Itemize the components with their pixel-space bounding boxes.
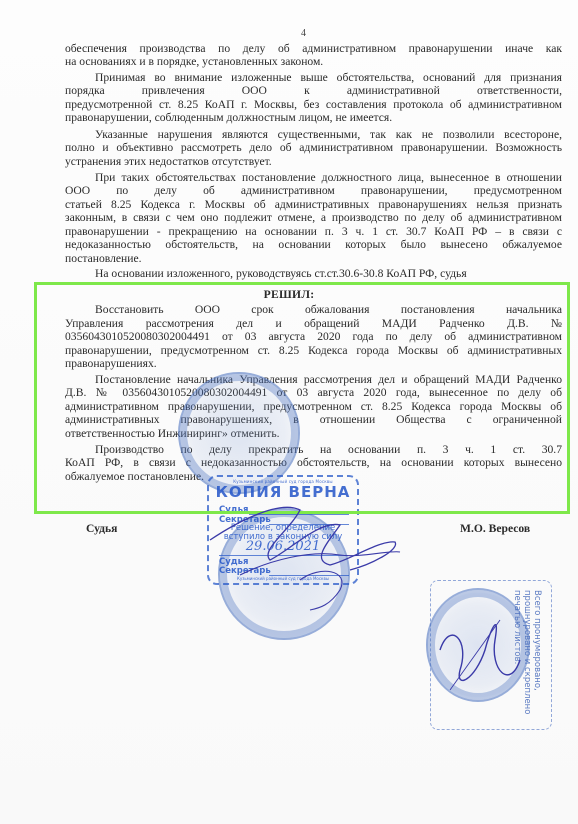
text-line: полно и объективно рассмотреть дело об а… (65, 141, 562, 154)
stamp-title: КОПИЯ ВЕРНА (209, 483, 357, 501)
stamp-secretary-label-2: Секретарь (219, 566, 271, 576)
text-line: на основаниях и в порядке, установленных… (65, 55, 562, 68)
text-line: правонарушении - прекращению на основани… (65, 225, 562, 238)
text-line: устранения этих недостатков отсутствует. (65, 155, 562, 168)
text-line: порядка привлечения ООО к административн… (65, 84, 562, 97)
decision-line: административном правонарушении, предусм… (65, 400, 562, 413)
decision-line: Д.В. № 0356043010520080302004491 от 03 а… (65, 386, 562, 399)
page-number: 4 (301, 28, 306, 39)
decision-line: 0356043010520080302004491 от 03 августа … (65, 330, 562, 343)
text-line: недоказанностью обстоятельств, на основа… (65, 238, 562, 251)
text-line: При таких обстоятельствах постановление … (95, 171, 562, 184)
decision-line: Восстановить ООО срок обжалования постан… (95, 303, 562, 316)
text-line: ООО по делу об административном правонар… (65, 184, 562, 197)
text-line: постановление. (65, 252, 562, 265)
decision-line: правонарушениях. (65, 357, 562, 370)
binding-stamp: Всего пронумеровано, прошнуровано и скре… (430, 580, 552, 730)
decision-line: Управления рассмотрения дел и обращений … (65, 317, 562, 330)
decision-line: Производство по делу прекратить на основ… (95, 443, 562, 456)
stamp-date: 29.06.2021 (209, 539, 357, 554)
decision-line: КоАП РФ, в связи с недоказанностью обсто… (65, 456, 562, 469)
stamp-judge-label: Судья (219, 505, 248, 515)
text-line: На основании изложенного, руководствуясь… (95, 267, 562, 280)
text-line: законным, в связи с чем оно подлежит отм… (65, 211, 562, 224)
decision-line: ответственностью Инжиниринг» отменить. (65, 427, 562, 440)
copy-verified-stamp: Кузьминский районный суд города Москвы К… (207, 475, 359, 585)
decision-heading: РЕШИЛ: (0, 288, 578, 301)
judge-label: Судья (86, 522, 117, 535)
decision-line: правонарушении, предусмотренном ст. 8.25… (65, 344, 562, 357)
text-line: правонарушении, соблюденным должностным … (65, 111, 562, 124)
text-line: Указанные нарушения являются существенны… (95, 128, 562, 141)
text-line: Принимая во внимание изложенные выше обс… (95, 71, 562, 84)
document-page: 4 обеспечения производства по делу об ад… (0, 0, 578, 824)
decision-line: Постановление начальника Управления расс… (95, 373, 562, 386)
judge-name: М.О. Вересов (460, 522, 530, 535)
text-line: статьей 8.25 Кодекса г. Москвы об админи… (65, 198, 562, 211)
round-seal-icon (426, 588, 530, 702)
stamp-line (219, 555, 347, 556)
stamp-court-name-bottom: Кузьминский районный суд города Москвы (215, 576, 351, 581)
decision-line: административных правонарушениях, в отно… (65, 413, 562, 426)
text-line: обеспечения производства по делу об адми… (65, 42, 562, 55)
text-line: предусмотренной ст. 8.25 КоАП г. Москвы,… (65, 98, 562, 111)
